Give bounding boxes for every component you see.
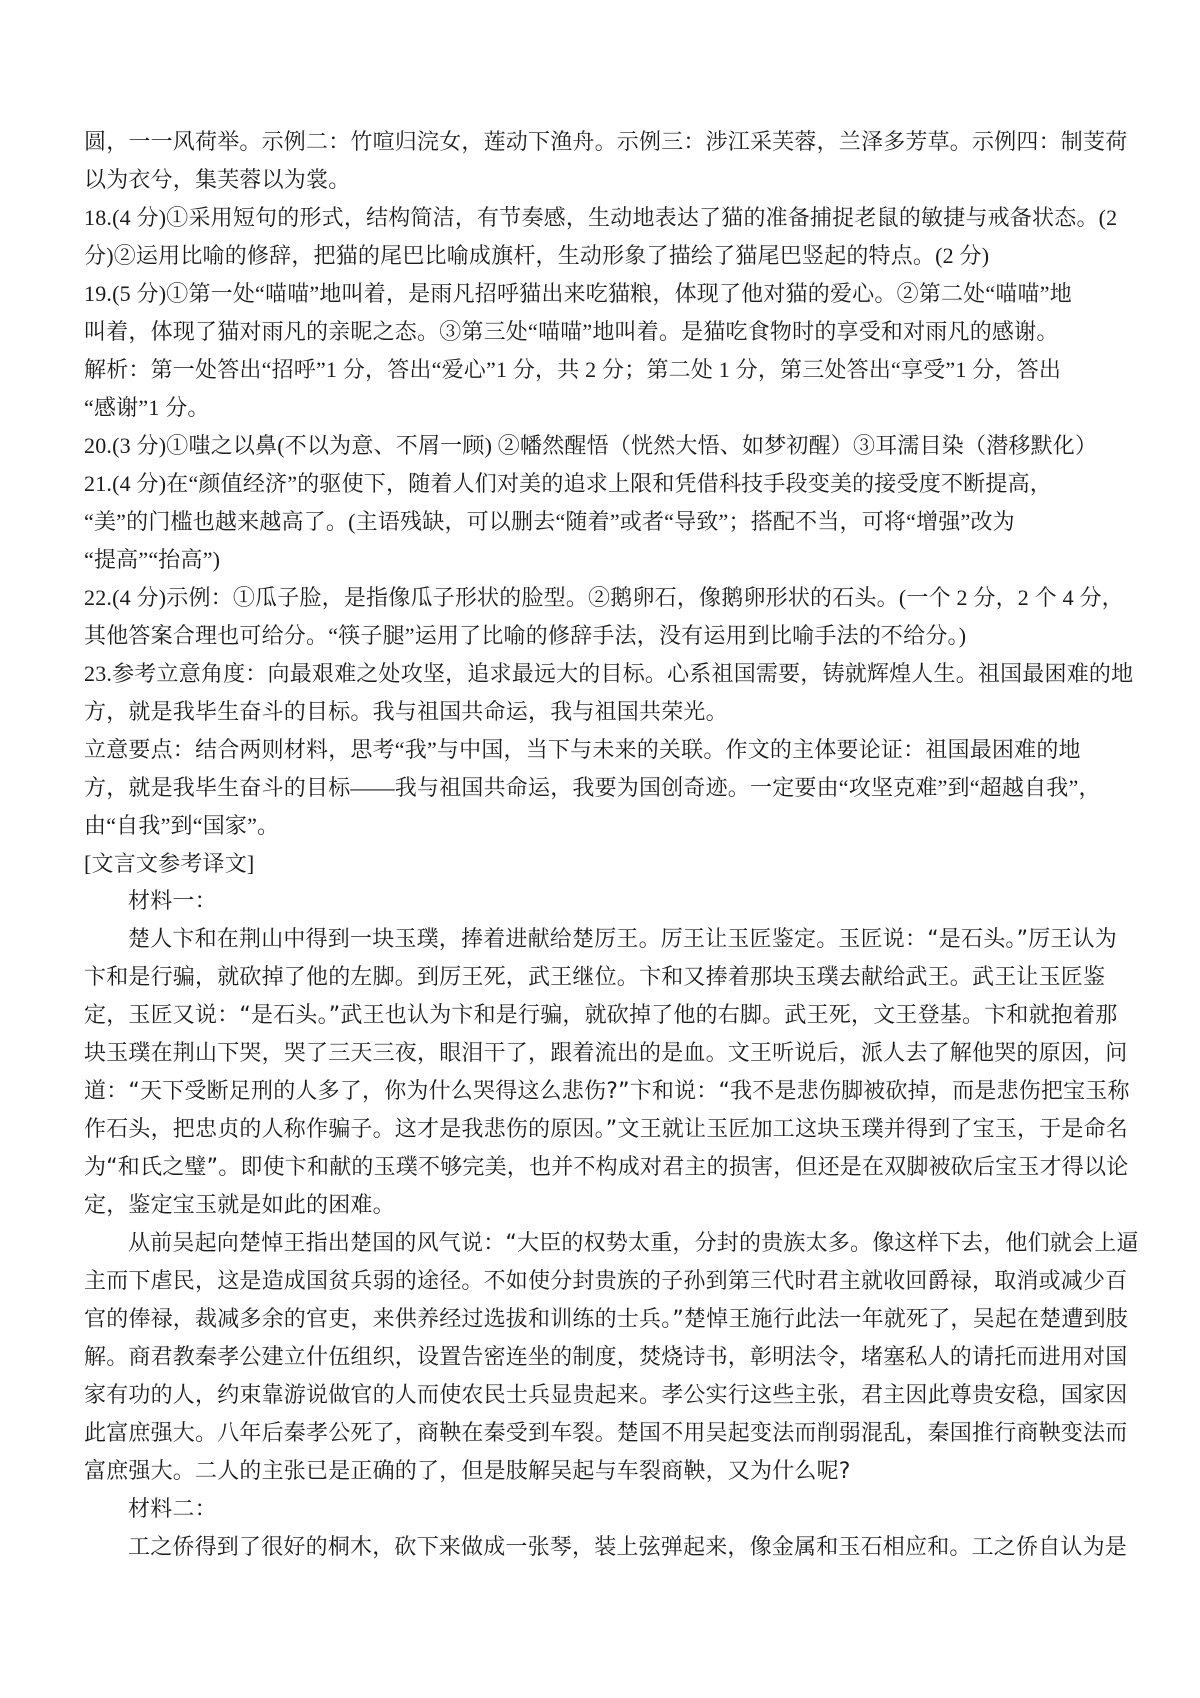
text-line: 19.(5 分)①第一处“喵喵”地叫着，是雨凡招呼猫出来吃猫粮，体现了他对猫的爱… [84,275,1124,313]
text-line: 圆，一一风荷举。示例二：竹喧归浣女，莲动下渔舟。示例三：涉江采芙蓉，兰泽多芳草。… [84,123,1124,161]
text-line: 分)②运用比喻的修辞，把猫的尾巴比喻成旗杆，生动形象了描绘了猫尾巴竖起的特点。(… [84,237,1124,275]
text-line: 为“和氏之璧”。即使卞和献的玉璞不够完美，也并不构成对君主的损害，但还是在双脚被… [84,1149,1124,1187]
text-line: 定，玉匠又说：“是石头。”武王也认为卞和是行骗，就砍掉了他的右脚。武王死，文王登… [84,997,1124,1035]
text-line: [文言文参考译文] [84,845,1124,883]
document-page: 圆，一一风荷举。示例二：竹喧归浣女，莲动下渔舟。示例三：涉江采芙蓉，兰泽多芳草。… [0,0,1200,1698]
text-line: 道：“天下受断足刑的人多了，你为什么哭得这么悲伤?”卞和说：“我不是悲伤脚被砍掉… [84,1073,1124,1111]
text-line: “美”的门槛也越来越高了。(主语残缺，可以删去“随着”或者“导致”；搭配不当，可… [84,503,1124,541]
text-line: 20.(3 分)①嗤之以鼻(不以为意、不屑一顾) ②幡然醒悟（恍然大悟、如梦初醒… [84,427,1124,465]
text-line: 工之侨得到了很好的桐木，砍下来做成一张琴，装上弦弹起来，像金属和玉石相应和。工之… [84,1529,1124,1567]
text-line: 官的俸禄，裁减多余的官吏，来供养经过选拔和训练的士兵。”楚悼王施行此法一年就死了… [84,1301,1124,1339]
text-line: 21.(4 分)在“颜值经济”的驱使下，随着人们对美的追求上限和凭借科技手段变美… [84,465,1124,503]
text-line: 立意要点：结合两则材料，思考“我”与中国，当下与未来的关联。作文的主体要论证：祖… [84,731,1124,769]
text-block: 圆，一一风荷举。示例二：竹喧归浣女，莲动下渔舟。示例三：涉江采芙蓉，兰泽多芳草。… [84,123,1124,1567]
text-line: 主而下虐民，这是造成国贫兵弱的途径。不如使分封贵族的子孙到第三代时君主就收回爵禄… [84,1263,1124,1301]
text-line: 解。商君教秦孝公建立什伍组织，设置告密连坐的制度，焚烧诗书，彰明法令，堵塞私人的… [84,1339,1124,1377]
text-line: 家有功的人，约束靠游说做官的人而使农民士兵显贵起来。孝公实行这些主张，君主因此尊… [84,1377,1124,1415]
text-line: 方，就是我毕生奋斗的目标。我与祖国共命运，我与祖国共荣光。 [84,693,1124,731]
text-line: 由“自我”到“国家”。 [84,807,1124,845]
text-line: 22.(4 分)示例：①瓜子脸，是指像瓜子形状的脸型。②鹅卵石，像鹅卵形状的石头… [84,579,1124,617]
text-line: 卞和是行骗，就砍掉了他的左脚。到厉王死，武王继位。卞和又捧着那块玉璞去献给武王。… [84,959,1124,997]
text-line: “提高”“抬高”) [84,541,1124,579]
text-line: 此富庶强大。八年后秦孝公死了，商鞅在秦受到车裂。楚国不用吴起变法而削弱混乱，秦国… [84,1415,1124,1453]
text-line: 方，就是我毕生奋斗的目标——我与祖国共命运，我要为国创奇迹。一定要由“攻坚克难”… [84,769,1124,807]
text-line: 作石头，把忠贞的人称作骗子。这才是我悲伤的原因。”文王就让玉匠加工这块玉璞并得到… [84,1111,1124,1149]
text-line: 材料二： [84,1491,1124,1529]
text-line: 23.参考立意角度：向最艰难之处攻坚，追求最远大的目标。心系祖国需要，铸就辉煌人… [84,655,1124,693]
text-line: 定，鉴定宝玉就是如此的困难。 [84,1187,1124,1225]
text-line: 叫着，体现了猫对雨凡的亲昵之态。③第三处“喵喵”地叫着。是猫吃食物时的享受和对雨… [84,313,1124,351]
text-line: 楚人卞和在荆山中得到一块玉璞，捧着进献给楚厉王。厉王让玉匠鉴定。玉匠说：“是石头… [84,921,1124,959]
text-line: 以为衣兮，集芙蓉以为裳。 [84,161,1124,199]
text-line: 富庶强大。二人的主张已是正确的了，但是肢解吴起与车裂商鞅，又为什么呢? [84,1453,1124,1491]
text-line: 块玉璞在荆山下哭，哭了三天三夜，眼泪干了，跟着流出的是血。文王听说后，派人去了解… [84,1035,1124,1073]
text-line: “感谢”1 分。 [84,389,1124,427]
text-line: 18.(4 分)①采用短句的形式，结构简洁，有节奏感，生动地表达了猫的准备捕捉老… [84,199,1124,237]
text-line: 材料一： [84,883,1124,921]
text-line: 从前吴起向楚悼王指出楚国的风气说：“大臣的权势太重，分封的贵族太多。像这样下去，… [84,1225,1124,1263]
text-line: 其他答案合理也可给分。“筷子腿”运用了比喻的修辞手法，没有运用到比喻手法的不给分… [84,617,1124,655]
text-line: 解析：第一处答出“招呼”1 分，答出“爱心”1 分，共 2 分；第二处 1 分，… [84,351,1124,389]
